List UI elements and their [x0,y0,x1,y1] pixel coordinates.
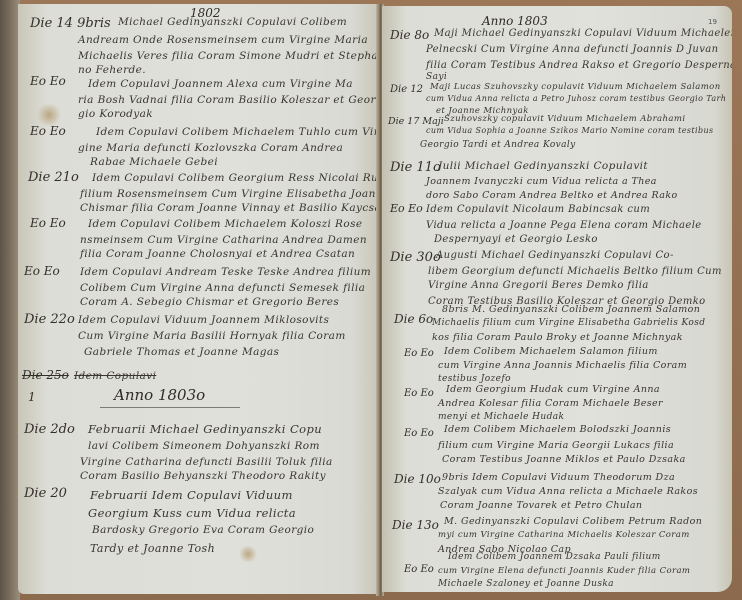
entry-line: doro Sabo Coram Andrea Beltko et Andrea … [426,190,678,201]
entry-line: Virgine Anna Gregorii Beres Demko filia [428,280,649,291]
entry-line: Georgio Tardi et Andrea Kovaly [420,140,576,150]
entry-date-margin: Die 22o [24,312,75,327]
entry-line: Bardosky Gregorio Eva Coram Georgio [92,524,314,536]
entry-line: Joannem Ivanyczki cum Vidua relicta a Th… [426,176,657,187]
entry-line: Idem Copulavi Andream Teske Teske Andrea… [80,266,371,278]
open-register-book: 1802 Die 14 9bris Michael Gedinyanszki C… [0,0,742,600]
entry-line: Michaelis filium cum Virgine Elisabetha … [432,318,705,328]
entry-line: testibus Jozefo [438,374,511,384]
right-page-header-year: Anno 1803 [482,14,548,28]
entry-line: Rabae Michaele Gebei [90,156,218,168]
entry-line: Idem Colibem Michaelem Bolodszki Joannis [444,424,671,435]
entry-date-margin: Die 11o [390,160,441,175]
entry-line: Coram Joanne Tovarek et Petro Chulan [440,500,642,511]
entry-line: 9bris Idem Copulavi Viduum Theodorum Dza [442,472,675,483]
entry-line: Virgine Catharina defuncti Basilii Toluk… [80,456,333,468]
entry-line: Michaele Szaloney et Joanne Duska [438,579,614,589]
entry-line: Idem Georgium Hudak cum Virgine Anna [446,384,660,395]
entry-line: Idem Copulavi Joannem Alexa cum Virgine … [88,78,353,90]
entry-line: Idem Colibem Michaelem Salamon filium [444,346,658,357]
entry-line: Idem Copulavit Nicolaum Babincsak cum [426,204,650,215]
entry-date-margin: Eo Eo [404,564,434,575]
entry-line: Szalyak cum Vidua Anna relicta a Michael… [438,486,698,497]
entry-line: Andream Onde Rosensmeinsem cum Virgine M… [78,34,368,46]
entry-line: myi cum Virgine Catharina Michaelis Kole… [438,530,690,540]
entry-line: Tardy et Joanne Tosh [90,542,215,555]
entry-line: menyi et Michaele Hudak [438,412,564,422]
entry-line: libem Georgium defuncti Michaelis Beltko… [428,266,722,277]
right-page: Anno 1803 19 Die 8o Maji Michael Gedinya… [382,6,732,592]
entry-line: filia Coram Joanne Cholosnyai et Andrea … [80,248,355,260]
entry-line: lavi Colibem Simeonem Dohyanszki Rom [88,440,320,452]
entry-line: Despernyayi et Georgio Lesko [434,234,598,245]
entry-date-margin: Die 20 [24,486,67,501]
entry-date-margin: Die 12 [390,84,423,95]
entry-line: Idem Copulavi Colibem Michaelem Koloszi … [88,218,362,230]
left-page: 1802 Die 14 9bris Michael Gedinyanszki C… [18,4,380,594]
entry-line: 8bris M. Gedinyanszki Colibem Joannem Sa… [442,304,700,315]
entry-line: cum Vidua Sophia a Joanne Szikos Mario N… [426,126,714,135]
year-heading: Anno 1803o [114,386,205,404]
entry-line: Vidua relicta a Joanne Pega Elena coram … [426,220,702,231]
struck-entry-line: Idem Copulavi [74,370,156,382]
entry-line: Gabriele Thomas et Joanne Magas [84,346,279,358]
entry-line: Szuhovszky copulavit Viduum Michaelem Ab… [444,114,685,124]
entry-line: Idem Copulavi Viduum Joannem Miklosovits [78,314,329,326]
entry-date-margin: Die 2do [24,422,75,437]
entry-line: Februarii Idem Copulavi Viduum [90,488,293,502]
paper-stain [238,546,258,562]
entry-line: filia Coram Testibus Andrea Rakso et Gre… [426,60,732,71]
entry-line: Maji Lucas Szuhovszky copulavit Viduum M… [430,82,721,92]
entry-line: cum Virgine Elena defuncti Joannis Kuder… [438,566,690,576]
struck-entry-date: Die 25o [22,368,69,382]
entry-date-margin: Eo Eo [404,428,434,439]
entry-date-margin: Die 10o [394,472,441,486]
entry-line: Idem Copulavi Colibem Michaelem Tuhlo cu… [96,126,379,138]
entry-date-margin: Eo Eo [24,264,60,278]
entry-line: Coram Testibus Joanne Miklos et Paulo Dz… [442,454,686,465]
entry-date-margin: Eo Eo [30,124,66,138]
entry-line: nsmeinsem Cum Virgine Catharina Andrea D… [80,234,367,246]
entry-line: Februarii Michael Gedinyanszki Copu [88,422,322,436]
entry-date-margin: Eo Eo [404,388,434,399]
entry-date-margin: Die 21o [28,170,79,185]
entry-line: gine Maria defuncti Kozlovszka Coram And… [78,142,343,154]
entry-date-margin: Eo Eo [404,348,434,359]
entry-date-margin: Eo Eo [30,74,66,88]
entry-line: Georgium Kuss cum Vidua relicta [88,506,296,520]
entry-line: Michaelis Veres filia Coram Simone Mudri… [78,50,378,62]
entry-line: filium cum Virgine Maria Georgii Lukacs … [438,440,674,451]
entry-date-margin: Die 30o [390,250,441,265]
entry-marker: 1 [28,390,36,404]
entry-date-margin: Die 8o [390,28,429,42]
entry-line: Chismar filia Coram Joanne Vinnay et Bas… [80,202,380,214]
book-cover-edge [0,0,20,600]
entry-line: Maji Michael Gedinyanszki Copulavi Viduu… [434,28,732,39]
entry-line: Idem Copulavi Colibem Georgium Ress Nico… [92,172,380,184]
entry-line: Coram A. Sebegio Chismar et Gregorio Ber… [80,296,339,308]
entry-line: Idem Colibem Joannem Dzsaka Pauli filium [448,552,661,562]
entry-date-margin: Eo Eo [30,216,66,230]
entry-line: filium Rosensmeinsem Cum Virgine Elisabe… [80,188,380,200]
entry-line: Julii Michael Gedinyanszki Copulavit [438,160,648,172]
paper-stain [36,104,62,126]
entry-line: kos filia Coram Paulo Broky et Joanne Mi… [432,332,683,343]
entry-date-margin: Die 6o [394,312,433,326]
entry-date-margin: Die 14 9bris [30,16,111,31]
page-number: 19 [708,18,717,26]
entry-line: Pelnecski Cum Virgine Anna defuncti Joan… [426,44,718,55]
entry-line: cum Vidua Anna relicta a Petro Juhosz co… [426,94,726,103]
entry-line: Andrea Kolesar filia Coram Michaele Bese… [438,398,663,409]
entry-line: gio Korodyak [78,108,153,120]
year-heading-underline [100,407,240,408]
entry-line: Augusti Michael Gedinyanszki Copulavi Co… [436,250,674,261]
entry-date-margin: Die 13o [392,518,439,532]
entry-line: ria Bosh Vadnai filia Coram Basilio Kole… [78,94,376,106]
entry-line: Michael Gedinyanszki Copulavi Colibem [118,16,347,28]
entry-line: M. Gedinyanszki Copulavi Colibem Petrum … [444,516,702,527]
entry-date-margin: Eo Eo [390,202,423,215]
entry-line: Colibem Cum Virgine Anna defuncti Semese… [80,282,365,294]
entry-line: Cum Virgine Maria Basilii Hornyak filia … [78,330,346,342]
entry-line: no Feherde. [78,64,146,76]
entry-line: Coram Basilio Behyanszki Theodoro Rakity [80,470,326,482]
entry-line: Sayi [426,72,447,82]
entry-line: cum Virgine Anna Joannis Michaelis filia… [438,360,687,371]
